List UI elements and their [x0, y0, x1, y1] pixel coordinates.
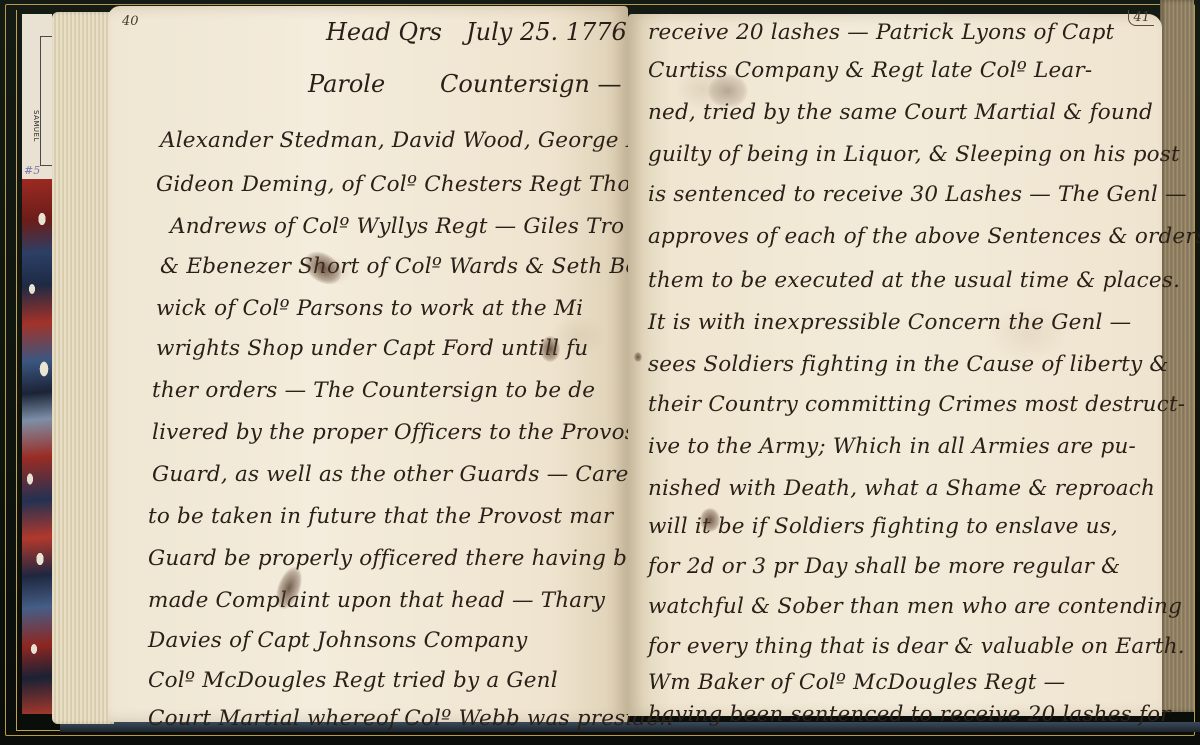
header-countersign: Countersign —	[440, 70, 622, 98]
text-line: for 2d or 3 pr Day shall be more regular…	[648, 554, 1121, 579]
text-line: their Country committing Crimes most des…	[648, 392, 1185, 417]
marbled-paper	[22, 179, 52, 714]
text-line: to be taken in future that the Provost m…	[148, 504, 613, 529]
text-line: Andrews of Colº Wyllys Regt — Giles Tro	[170, 214, 624, 239]
left-page: 40 Head Qrs July 25. 1776 Parole Counter…	[108, 6, 628, 722]
text-line: livered by the proper Officers to the Pr…	[152, 420, 645, 445]
text-line: is sentenced to receive 30 Lashes — The …	[648, 182, 1187, 207]
ink-dot	[634, 352, 642, 362]
text-line: wrights Shop under Capt Ford untill fu	[156, 336, 588, 361]
header-parole: Parole	[308, 70, 385, 98]
label-frame	[40, 36, 52, 166]
text-line: nished with Death, what a Shame & reproa…	[648, 476, 1155, 501]
text-line: Guard be properly officered there having…	[148, 546, 667, 571]
text-line: sees Soldiers fighting in the Cause of l…	[648, 352, 1169, 377]
label-text: SAMUEL	[32, 110, 40, 142]
text-line: Guard, as well as the other Guards — Car…	[152, 462, 654, 487]
ink-blot	[540, 336, 560, 362]
text-line: & Ebenezer Short of Colº Wards & Seth Bo…	[160, 254, 650, 279]
text-line: Colº McDougles Regt tried by a Genl	[148, 668, 558, 693]
page-edges-left	[52, 12, 114, 724]
header-place: Head Qrs	[326, 18, 442, 46]
endpaper: SAMUEL #5	[22, 14, 52, 714]
text-line: having been sentenced to receive 20 lash…	[648, 702, 1171, 727]
text-line: Court Martial whereof Colº Webb was pres…	[148, 706, 673, 731]
page-number-left: 40	[122, 14, 139, 29]
text-line: Gideon Deming, of Colº Chesters Regt Tho	[156, 172, 630, 197]
text-line: Alexander Stedman, David Wood, George Bu…	[160, 128, 676, 153]
text-line: them to be executed at the usual time & …	[648, 268, 1180, 293]
text-line: approves of each of the above Sentences …	[648, 224, 1200, 249]
header-date: July 25. 1776	[466, 18, 627, 46]
right-page: 41 receive 20 lashes — Patrick Lyons of …	[628, 14, 1162, 716]
text-line: ther orders — The Countersign to be de	[152, 378, 595, 403]
page-number-right: 41	[1128, 10, 1154, 26]
label-mark: #5	[24, 164, 40, 177]
ink-stain	[708, 74, 748, 108]
text-line: watchful & Sober than men who are conten…	[648, 594, 1182, 619]
text-line: Wm Baker of Colº McDougles Regt —	[648, 670, 1065, 695]
text-line: It is with inexpressible Concern the Gen…	[648, 310, 1131, 335]
text-line: Davies of Capt Johnsons Company	[148, 628, 527, 653]
ink-stain	[299, 245, 348, 291]
text-line: wick of Colº Parsons to work at the Mi	[156, 296, 583, 321]
text-line: for every thing that is dear & valuable …	[648, 634, 1185, 659]
text-line: guilty of being in Liquor, & Sleeping on…	[648, 142, 1180, 167]
text-line: made Complaint upon that head — Thary	[148, 588, 605, 613]
bookplate-label: SAMUEL #5	[22, 14, 52, 179]
text-line: receive 20 lashes — Patrick Lyons of Cap…	[648, 20, 1114, 45]
text-line: ive to the Army; Which in all Armies are…	[648, 434, 1136, 459]
ink-blot	[700, 508, 720, 532]
